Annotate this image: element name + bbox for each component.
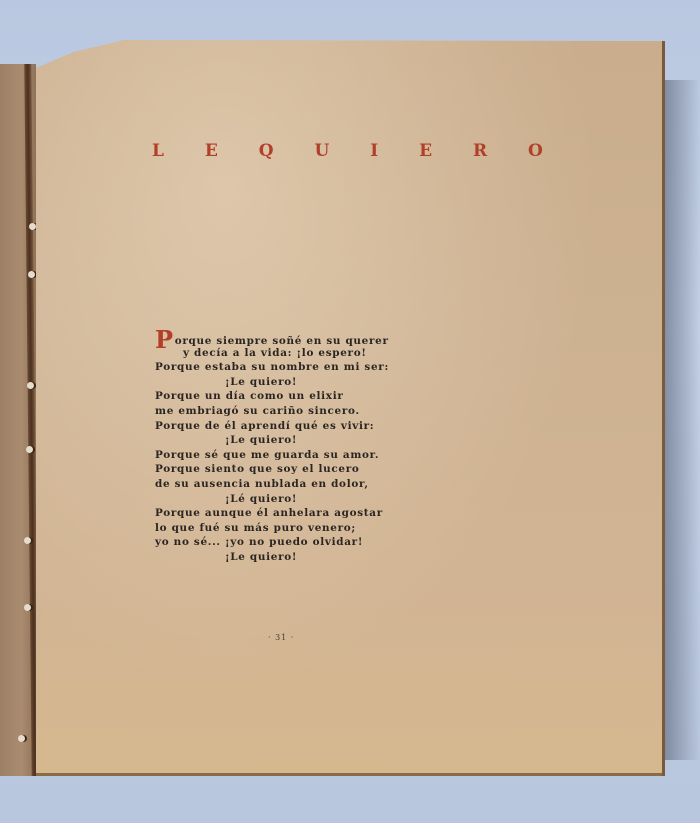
page-shadow [665, 80, 700, 760]
poem-line: de su ausencia nublada en dolor, [155, 477, 415, 492]
poem-line: Porque aunque él anhelara agostar [155, 506, 415, 521]
poem-line: Porque siempre soñé en su querer [155, 331, 415, 346]
binding-stitch [29, 223, 36, 230]
poem-refrain: ¡Lé quiero! [155, 492, 415, 507]
binding-stitch [27, 382, 34, 389]
binding-stitch [28, 271, 35, 278]
poem-line: y decía a la vida: ¡lo espero! [155, 346, 415, 361]
poem-refrain: ¡Le quiero! [155, 375, 415, 390]
binding-stitch [24, 537, 31, 544]
poem-line: Porque siento que soy el lucero [155, 462, 415, 477]
poem-refrain: ¡Le quiero! [155, 550, 415, 565]
poem-title: L E Q U I E R O [152, 141, 560, 161]
page-number: · 31 · [268, 633, 294, 642]
drop-cap: P [155, 331, 174, 349]
poem-line: me embriagó su cariño sincero. [155, 404, 415, 419]
poem-line: Porque sé que me guarda su amor. [155, 448, 415, 463]
binding-stitch [18, 735, 25, 742]
poem-line: Porque de él aprendí qué es vivir: [155, 419, 415, 434]
poem-line: lo que fué su más puro venero; [155, 521, 415, 536]
poem-body: Porque siempre soñé en su querer y decía… [155, 331, 415, 565]
poem-line: Porque un día como un elixir [155, 389, 415, 404]
poem-refrain: ¡Le quiero! [155, 433, 415, 448]
poem-line: Porque estaba su nombre en mi ser: [155, 360, 415, 375]
binding-stitch [26, 446, 33, 453]
poem-line: yo no sé... ¡yo no puedo olvidar! [155, 535, 415, 550]
binding-stitch [24, 604, 31, 611]
